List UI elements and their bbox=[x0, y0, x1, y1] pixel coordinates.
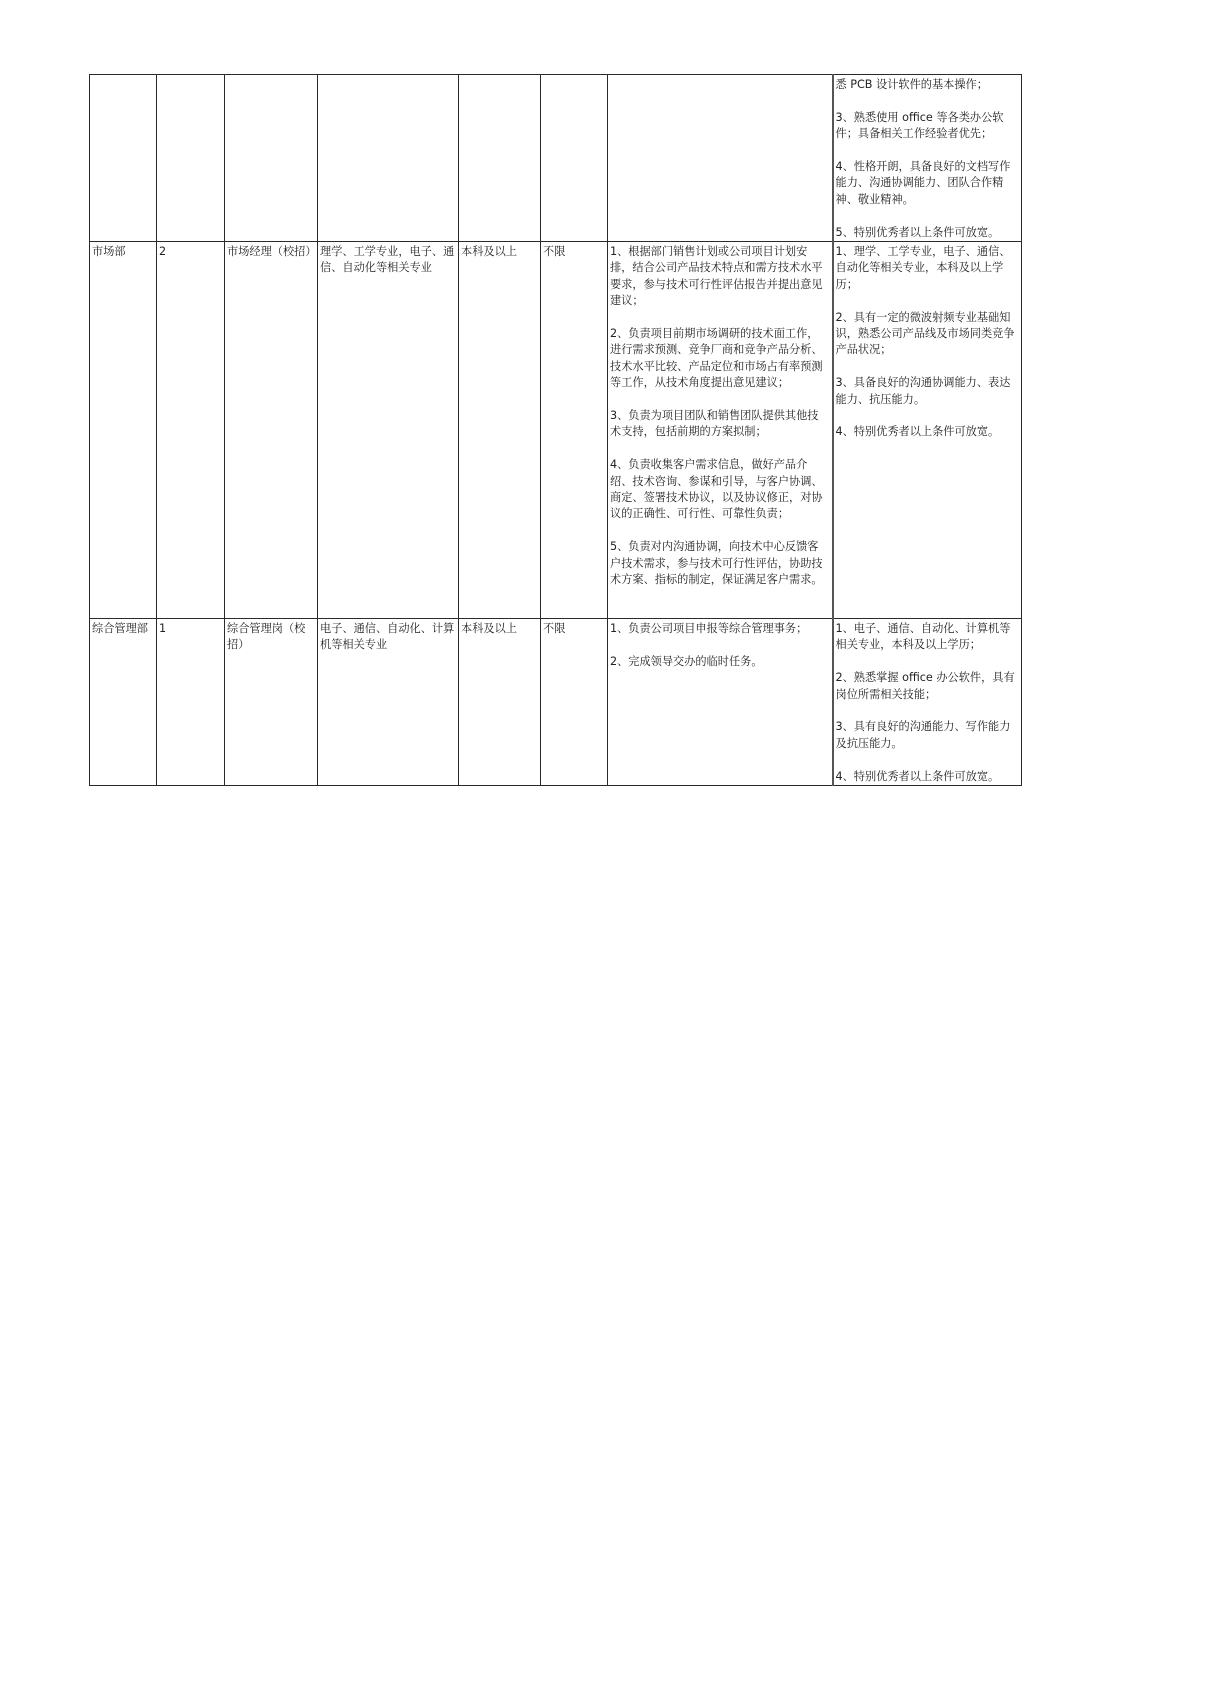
requirements-cell: 1、电子、通信、自动化、计算机等相关专业，本科及以上学历；2、熟悉掌握 offi… bbox=[833, 619, 1022, 786]
education-cell bbox=[459, 75, 541, 242]
list-item: 4、性格开朗，具备良好的文档写作能力、沟通协调能力、团队合作精神、敬业精神。 bbox=[836, 159, 1020, 208]
headcount-cell bbox=[157, 75, 225, 242]
list-item: 3、具备良好的沟通协调能力、表达能力、抗压能力。 bbox=[836, 375, 1020, 408]
list-item: 3、具有良好的沟通能力、写作能力及抗压能力。 bbox=[836, 719, 1020, 752]
duties-cell: 1、负责公司项目申报等综合管理事务；2、完成领导交办的临时任务。 bbox=[608, 619, 833, 786]
table-row: 悉 PCB 设计软件的基本操作；3、熟悉使用 office 等各类办公软件；具备… bbox=[90, 75, 1022, 242]
department-cell: 市场部 bbox=[90, 242, 157, 619]
list-item: 3、负责为项目团队和销售团队提供其他技术支持，包括前期的方案拟制； bbox=[610, 408, 830, 441]
list-item: 2、具有一定的微波射频专业基础知识，熟悉公司产品线及市场同类竞争产品状况； bbox=[836, 310, 1020, 359]
position-cell: 综合管理岗（校招） bbox=[225, 619, 318, 786]
list-item: 1、理学、工学专业，电子、通信、自动化等相关专业，本科及以上学历； bbox=[836, 244, 1020, 293]
requirements-cell: 悉 PCB 设计软件的基本操作；3、熟悉使用 office 等各类办公软件；具备… bbox=[833, 75, 1022, 242]
list-item: 3、熟悉使用 office 等各类办公软件；具备相关工作经验者优先； bbox=[836, 110, 1020, 143]
duties-cell: 1、根据部门销售计划或公司项目计划安排，结合公司产品技术特点和需方技术水平要求，… bbox=[608, 242, 833, 619]
major-cell bbox=[318, 75, 459, 242]
education-cell: 本科及以上 bbox=[459, 242, 541, 619]
headcount-cell: 2 bbox=[157, 242, 225, 619]
headcount-cell: 1 bbox=[157, 619, 225, 786]
list-item: 1、根据部门销售计划或公司项目计划安排，结合公司产品技术特点和需方技术水平要求，… bbox=[610, 244, 830, 310]
list-item: 2、完成领导交办的临时任务。 bbox=[610, 654, 830, 670]
experience-cell: 不限 bbox=[541, 619, 608, 786]
position-cell bbox=[225, 75, 318, 242]
list-item: 4、特别优秀者以上条件可放宽。 bbox=[836, 769, 1020, 785]
list-item: 2、负责项目前期市场调研的技术面工作，进行需求预测、竞争厂商和竞争产品分析、技术… bbox=[610, 326, 830, 392]
job-table: 悉 PCB 设计软件的基本操作；3、熟悉使用 office 等各类办公软件；具备… bbox=[89, 74, 1022, 786]
duties-cell bbox=[608, 75, 833, 242]
department-cell bbox=[90, 75, 157, 242]
list-item: 1、负责公司项目申报等综合管理事务； bbox=[610, 621, 830, 637]
education-cell: 本科及以上 bbox=[459, 619, 541, 786]
list-item: 4、特别优秀者以上条件可放宽。 bbox=[836, 424, 1020, 440]
position-cell: 市场经理（校招） bbox=[225, 242, 318, 619]
experience-cell: 不限 bbox=[541, 242, 608, 619]
list-item: 2、熟悉掌握 office 办公软件，具有岗位所需相关技能； bbox=[836, 670, 1020, 703]
table-row: 市场部 2 市场经理（校招） 理学、工学专业，电子、通信、自动化等相关专业 本科… bbox=[90, 242, 1022, 619]
department-cell: 综合管理部 bbox=[90, 619, 157, 786]
list-item: 悉 PCB 设计软件的基本操作； bbox=[836, 77, 1020, 93]
list-item: 4、负责收集客户需求信息，做好产品介绍、技术咨询、参谋和引导，与客户协调、商定、… bbox=[610, 457, 830, 523]
table-row: 综合管理部 1 综合管理岗（校招） 电子、通信、自动化、计算机等相关专业 本科及… bbox=[90, 619, 1022, 786]
list-item: 5、负责对内沟通协调，向技术中心反馈客户技术需求，参与技术可行性评估，协助技术方… bbox=[610, 539, 830, 588]
major-cell: 电子、通信、自动化、计算机等相关专业 bbox=[318, 619, 459, 786]
experience-cell bbox=[541, 75, 608, 242]
list-item: 5、特别优秀者以上条件可放宽。 bbox=[836, 225, 1020, 241]
requirements-cell: 1、理学、工学专业，电子、通信、自动化等相关专业，本科及以上学历；2、具有一定的… bbox=[833, 242, 1022, 619]
list-item: 1、电子、通信、自动化、计算机等相关专业，本科及以上学历； bbox=[836, 621, 1020, 654]
major-cell: 理学、工学专业，电子、通信、自动化等相关专业 bbox=[318, 242, 459, 619]
